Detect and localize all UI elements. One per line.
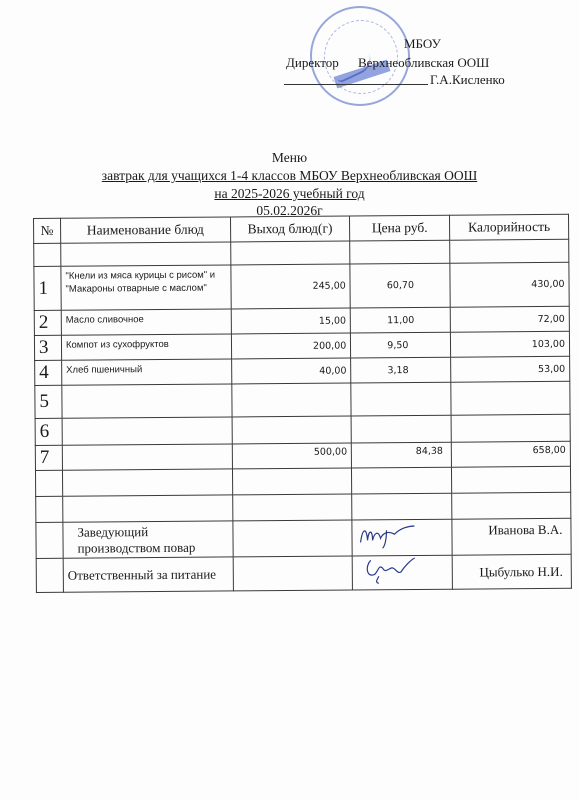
dish-yield: 15,00 <box>231 308 351 334</box>
subtitle-year: на 2025-2026 учебный год <box>0 186 579 202</box>
staff-role: Ответственный за питание <box>63 557 233 592</box>
approval-org: МБОУ <box>404 36 441 52</box>
dish-yield: 40,00 <box>231 358 351 384</box>
table-row: 1 "Кнели из мяса курицы с рисом" и "Мака… <box>34 262 569 310</box>
dish-price: 9,50 <box>351 332 451 358</box>
signature-icon <box>357 520 417 550</box>
table-row: 5 <box>35 381 570 418</box>
header-dish-name: Наименование блюд <box>60 217 230 243</box>
signature-icon <box>357 556 417 584</box>
approval-school: Верхнеобливская ООШ <box>358 55 489 71</box>
dish-calories <box>451 381 570 415</box>
staff-name: Цыбулько Н.И. <box>452 554 571 589</box>
row-number: 6 <box>35 418 62 445</box>
dish-price <box>351 382 451 416</box>
row-number: 1 <box>34 266 61 310</box>
staff-row-chef: Заведующий производством повар Иванова В… <box>36 518 571 558</box>
dish-price: 11,00 <box>350 307 450 333</box>
total-yield: 500,00 <box>232 443 352 469</box>
total-price: 84,38 <box>352 442 452 468</box>
dish-price <box>351 415 451 443</box>
dish-price: 60,70 <box>350 263 450 308</box>
header-price: Цена руб. <box>350 215 450 241</box>
dish-calories: 53,00 <box>451 356 570 382</box>
chef-signature <box>352 519 452 556</box>
dish-yield <box>231 383 351 417</box>
dish-calories <box>451 414 570 442</box>
subtitle-meal: завтрак для учащихся 1-4 классов МБОУ Ве… <box>0 168 579 184</box>
row-number: 3 <box>34 335 61 360</box>
row-number: 5 <box>35 385 62 418</box>
approval-block: МБОУ Директор Верхнеобливская ООШ Г.А.Ки… <box>0 0 579 110</box>
staff-role: Заведующий производством повар <box>63 521 233 558</box>
header-yield: Выход блюд(г) <box>230 216 350 242</box>
dish-name <box>62 444 232 470</box>
dish-name <box>62 417 232 445</box>
dish-yield: 200,00 <box>231 333 351 359</box>
row-number: 2 <box>34 310 61 335</box>
approval-position: Директор <box>286 55 339 71</box>
director-name: Г.А.Кисленко <box>430 72 505 88</box>
dish-name: Хлеб пшеничный <box>62 359 232 385</box>
row-number: 7 <box>35 445 62 470</box>
menu-table: № Наименование блюд Выход блюд(г) Цена р… <box>33 214 572 593</box>
staff-row-responsible: Ответственный за питание Цыбулько Н.И. <box>36 554 571 592</box>
dish-name: Масло сливочное <box>61 309 231 335</box>
row-number: 4 <box>35 360 62 385</box>
dish-name: Компот из сухофруктов <box>61 334 231 360</box>
header-number: № <box>34 218 61 243</box>
dish-name <box>62 384 232 418</box>
total-calories: 658,00 <box>451 441 570 467</box>
table-row: 6 <box>35 414 570 445</box>
document-page: МБОУ Директор Верхнеобливская ООШ Г.А.Ки… <box>0 0 579 800</box>
signature-line <box>284 84 428 85</box>
dish-name: "Кнели из мяса курицы с рисом" и "Макаро… <box>61 265 231 310</box>
dish-yield: 245,00 <box>230 264 350 309</box>
dish-calories: 430,00 <box>450 262 569 307</box>
dish-calories: 103,00 <box>451 331 570 357</box>
dish-price: 3,18 <box>351 357 451 383</box>
page-title: Меню <box>0 150 579 166</box>
header-calories: Калорийность <box>450 214 569 240</box>
staff-name: Иванова В.А. <box>452 518 571 555</box>
dish-yield <box>232 416 352 444</box>
dish-calories: 72,00 <box>450 306 569 332</box>
responsible-signature <box>352 555 452 590</box>
